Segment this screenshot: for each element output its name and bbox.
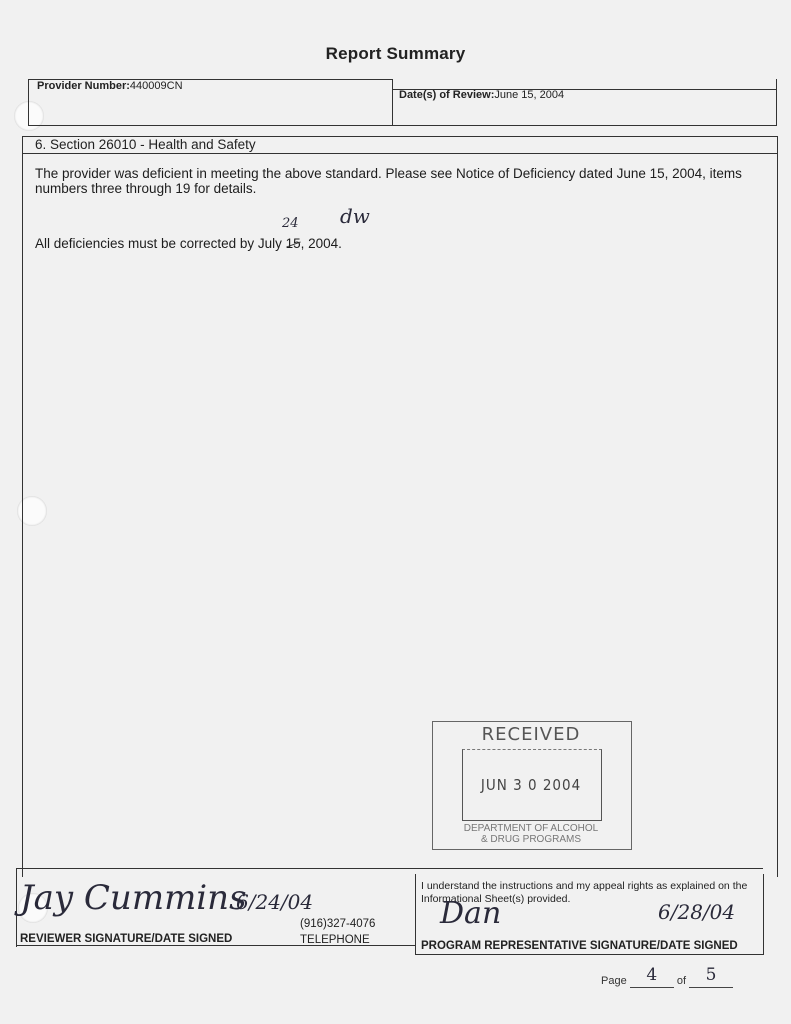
page-current-blank: 4 xyxy=(630,975,674,988)
review-dates: Date(s) of Review:June 15, 2004 xyxy=(399,89,564,101)
program-rep-signature-label: PROGRAM REPRESENTATIVE SIGNATURE/DATE SI… xyxy=(421,940,738,952)
stamp-department-line2: & DRUG PROGRAMS xyxy=(432,834,630,845)
page-indicator: Page 4 of 5 xyxy=(601,975,733,988)
review-dates-label: Date(s) of Review: xyxy=(399,89,494,101)
provider-number-label: Provider Number: xyxy=(37,80,130,92)
deadline-suffix: , 2004. xyxy=(301,236,342,251)
program-rep-date-signed: 6/28/04 xyxy=(658,900,735,924)
reviewer-signature: Jay Cummins xyxy=(20,878,247,918)
handwritten-correction-day: 24 xyxy=(282,216,299,231)
deficiency-paragraph: The provider was deficient in meeting th… xyxy=(35,166,770,196)
section-header-divider xyxy=(22,153,777,154)
review-dates-value: June 15, 2004 xyxy=(494,89,564,101)
reviewer-telephone: (916)327-4076 xyxy=(300,918,375,930)
page-current: 4 xyxy=(630,965,674,985)
page-title: Report Summary xyxy=(0,44,791,64)
header-divider xyxy=(392,89,393,126)
provider-number: Provider Number:440009CN xyxy=(37,80,183,92)
page-of-label: of xyxy=(677,975,686,987)
reviewer-signature-label: REVIEWER SIGNATURE/DATE SIGNED xyxy=(20,933,232,945)
page-total: 5 xyxy=(689,965,733,985)
handwritten-initials: dw xyxy=(340,204,370,228)
page-label: Page xyxy=(601,975,627,987)
deadline-prefix: All deficiencies must be corrected by Ju… xyxy=(35,236,286,251)
stamp-department: DEPARTMENT OF ALCOHOL & DRUG PROGRAMS xyxy=(432,823,630,845)
page-total-blank: 5 xyxy=(689,975,733,988)
stamp-department-line1: DEPARTMENT OF ALCOHOL xyxy=(432,823,630,834)
stamp-date: JUN 3 0 2004 xyxy=(462,776,600,794)
correction-deadline: All deficiencies must be corrected by Ju… xyxy=(35,236,342,251)
telephone-label: TELEPHONE xyxy=(300,934,370,946)
section-title: 6. Section 26010 - Health and Safety xyxy=(35,137,256,152)
program-rep-signature: Dan xyxy=(440,896,501,931)
deadline-struck-day: 15 xyxy=(286,236,301,251)
stamp-heading: RECEIVED xyxy=(432,724,630,745)
reviewer-date-signed: 6/24/04 xyxy=(236,890,313,914)
provider-number-value: 440009CN xyxy=(130,80,183,92)
